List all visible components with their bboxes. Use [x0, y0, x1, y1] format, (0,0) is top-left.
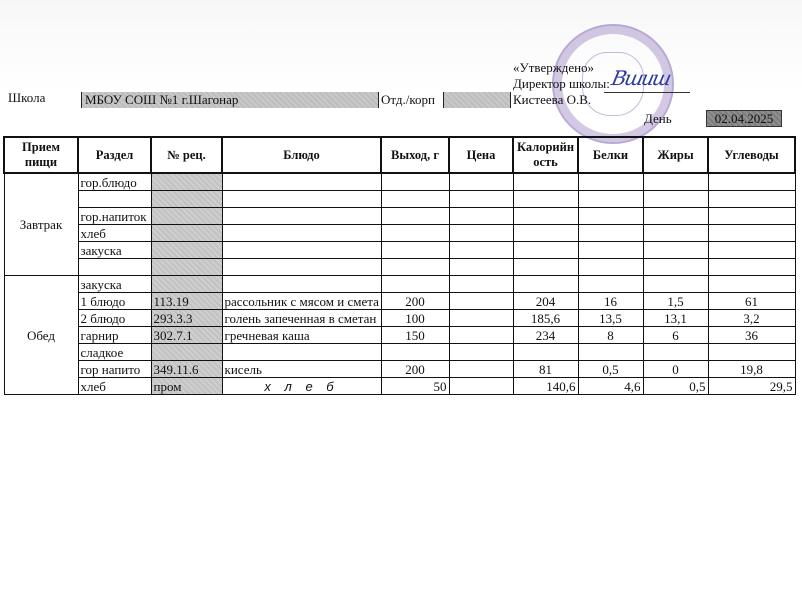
yield-cell[interactable]: 50	[381, 378, 449, 395]
kcal-cell[interactable]: 234	[513, 327, 578, 344]
recipe-cell[interactable]	[151, 225, 222, 242]
table-row: 2 блюдо293.3.3голень запеченная в сметан…	[4, 310, 795, 327]
fat-cell[interactable]: 13,1	[643, 310, 708, 327]
school-field[interactable]: МБОУ СОШ №1 г.Шагонар	[81, 92, 379, 108]
fat-cell[interactable]	[643, 276, 708, 293]
col-price: Цена	[449, 137, 513, 173]
recipe-cell[interactable]	[151, 276, 222, 293]
dish-cell[interactable]: х л е б	[222, 378, 381, 395]
dish-cell[interactable]: гречневая каша	[222, 327, 381, 344]
protein-cell[interactable]: 8	[578, 327, 643, 344]
protein-cell[interactable]	[578, 225, 643, 242]
col-dish: Блюдо	[222, 137, 381, 173]
dish-cell[interactable]: кисель	[222, 361, 381, 378]
recipe-cell[interactable]	[151, 259, 222, 276]
dish-cell[interactable]	[222, 173, 381, 191]
section-cell[interactable]	[78, 191, 151, 208]
yield-cell[interactable]	[381, 344, 449, 361]
day-label: День	[644, 111, 672, 127]
meal-cell: Завтрак	[4, 173, 78, 276]
fat-cell[interactable]	[643, 191, 708, 208]
fat-cell[interactable]: 0,5	[643, 378, 708, 395]
meal-cell: Обед	[4, 276, 78, 395]
section-cell[interactable]: хлеб	[78, 378, 151, 395]
kcal-cell[interactable]	[513, 225, 578, 242]
price-cell[interactable]	[449, 276, 513, 293]
section-cell[interactable]: гор.блюдо	[78, 173, 151, 191]
col-meal: Приемпищи	[4, 137, 78, 173]
col-protein: Белки	[578, 137, 643, 173]
kcal-cell[interactable]: 204	[513, 293, 578, 310]
fat-cell[interactable]	[643, 208, 708, 225]
carbs-cell[interactable]	[708, 225, 795, 242]
table-row: 1 блюдо113.19рассольник с мясом и смета2…	[4, 293, 795, 310]
dish-cell[interactable]: рассольник с мясом и смета	[222, 293, 381, 310]
recipe-cell[interactable]	[151, 191, 222, 208]
yield-cell[interactable]	[381, 276, 449, 293]
breakfast-section: Завтракгор.блюдогор.напитокхлебзакуска	[4, 173, 795, 276]
yield-cell[interactable]	[381, 173, 449, 191]
price-cell[interactable]	[449, 344, 513, 361]
protein-cell[interactable]: 4,6	[578, 378, 643, 395]
kcal-cell[interactable]: 81	[513, 361, 578, 378]
table-row	[4, 191, 795, 208]
protein-cell[interactable]	[578, 276, 643, 293]
col-yield: Выход, г	[381, 137, 449, 173]
carbs-cell[interactable]: 61	[708, 293, 795, 310]
kcal-cell[interactable]	[513, 344, 578, 361]
dish-cell[interactable]	[222, 242, 381, 259]
col-section: Раздел	[78, 137, 151, 173]
kcal-cell[interactable]	[513, 259, 578, 276]
yield-cell[interactable]	[381, 259, 449, 276]
yield-cell[interactable]: 200	[381, 361, 449, 378]
kcal-cell[interactable]: 185,6	[513, 310, 578, 327]
kcal-cell[interactable]	[513, 191, 578, 208]
protein-cell[interactable]: 16	[578, 293, 643, 310]
protein-cell[interactable]: 0,5	[578, 361, 643, 378]
price-cell[interactable]	[449, 173, 513, 191]
protein-cell[interactable]	[578, 191, 643, 208]
price-cell[interactable]	[449, 225, 513, 242]
yield-cell[interactable]	[381, 225, 449, 242]
recipe-cell[interactable]	[151, 208, 222, 225]
section-cell[interactable]: 1 блюдо	[78, 293, 151, 310]
yield-cell[interactable]	[381, 208, 449, 225]
yield-cell[interactable]: 200	[381, 293, 449, 310]
recipe-cell[interactable]: 349.11.6	[151, 361, 222, 378]
school-label: Школа	[8, 90, 45, 106]
table-row: гарнир302.7.1гречневая каша1502348636	[4, 327, 795, 344]
col-carbs: Углеводы	[708, 137, 795, 173]
carbs-cell[interactable]: 3,2	[708, 310, 795, 327]
price-cell[interactable]	[449, 361, 513, 378]
price-cell[interactable]	[449, 378, 513, 395]
fat-cell[interactable]	[643, 225, 708, 242]
price-cell[interactable]	[449, 208, 513, 225]
kcal-cell[interactable]	[513, 276, 578, 293]
yield-cell[interactable]: 100	[381, 310, 449, 327]
dish-cell[interactable]	[222, 276, 381, 293]
director-signature: Вшиш	[609, 66, 692, 90]
director-label: Директор школы:	[513, 76, 610, 92]
carbs-cell[interactable]	[708, 276, 795, 293]
dish-cell[interactable]	[222, 259, 381, 276]
table-row: хлебпромх л е б50140,64,60,529,5	[4, 378, 795, 395]
table-row: закуска	[4, 242, 795, 259]
recipe-cell[interactable]: пром	[151, 378, 222, 395]
fat-cell[interactable]: 6	[643, 327, 708, 344]
kcal-cell[interactable]	[513, 173, 578, 191]
col-recipe: № рец.	[151, 137, 222, 173]
yield-cell[interactable]: 150	[381, 327, 449, 344]
price-cell[interactable]	[449, 327, 513, 344]
section-cell[interactable]: хлеб	[78, 225, 151, 242]
dish-cell[interactable]	[222, 208, 381, 225]
fat-cell[interactable]	[643, 259, 708, 276]
dept-label: Отд./корп	[381, 92, 435, 108]
recipe-cell[interactable]	[151, 242, 222, 259]
fat-cell[interactable]	[643, 173, 708, 191]
price-cell[interactable]	[449, 191, 513, 208]
table-row: сладкое	[4, 344, 795, 361]
carbs-cell[interactable]	[708, 344, 795, 361]
yield-cell[interactable]	[381, 242, 449, 259]
carbs-cell[interactable]	[708, 173, 795, 191]
table-row: гор напито349.11.6кисель200810,5019,8	[4, 361, 795, 378]
carbs-cell[interactable]	[708, 259, 795, 276]
carbs-cell[interactable]: 29,5	[708, 378, 795, 395]
carbs-cell[interactable]: 36	[708, 327, 795, 344]
section-cell[interactable]: закуска	[78, 242, 151, 259]
table-row: хлеб	[4, 225, 795, 242]
fat-cell[interactable]	[643, 344, 708, 361]
price-cell[interactable]	[449, 310, 513, 327]
table-header-row: Приемпищи Раздел № рец. Блюдо Выход, г Ц…	[4, 137, 795, 173]
kcal-cell[interactable]	[513, 242, 578, 259]
section-cell[interactable]: гарнир	[78, 327, 151, 344]
section-cell[interactable]: гор напито	[78, 361, 151, 378]
recipe-cell[interactable]: 302.7.1	[151, 327, 222, 344]
fat-cell[interactable]: 1,5	[643, 293, 708, 310]
director-name: Кистеева О.В.	[513, 92, 591, 108]
approved-label: «Утверждено»	[513, 60, 594, 76]
price-cell[interactable]	[449, 242, 513, 259]
signature-line	[604, 92, 690, 93]
protein-cell[interactable]	[578, 208, 643, 225]
section-cell[interactable]	[78, 259, 151, 276]
yield-cell[interactable]	[381, 191, 449, 208]
table-row: Завтракгор.блюдо	[4, 173, 795, 191]
protein-cell[interactable]	[578, 173, 643, 191]
protein-cell[interactable]	[578, 242, 643, 259]
carbs-cell[interactable]	[708, 242, 795, 259]
fat-cell[interactable]	[643, 242, 708, 259]
carbs-cell[interactable]	[708, 191, 795, 208]
table-row	[4, 259, 795, 276]
price-cell[interactable]	[449, 293, 513, 310]
table-row: гор.напиток	[4, 208, 795, 225]
protein-cell[interactable]: 13,5	[578, 310, 643, 327]
section-cell[interactable]: гор.напиток	[78, 208, 151, 225]
kcal-cell[interactable]	[513, 208, 578, 225]
menu-table: Приемпищи Раздел № рец. Блюдо Выход, г Ц…	[3, 136, 796, 395]
recipe-cell[interactable]: 293.3.3	[151, 310, 222, 327]
section-cell[interactable]: сладкое	[78, 344, 151, 361]
section-cell[interactable]: 2 блюдо	[78, 310, 151, 327]
price-cell[interactable]	[449, 259, 513, 276]
kcal-cell[interactable]: 140,6	[513, 378, 578, 395]
recipe-cell[interactable]	[151, 344, 222, 361]
fat-cell[interactable]: 0	[643, 361, 708, 378]
recipe-cell[interactable]: 113.19	[151, 293, 222, 310]
carbs-cell[interactable]: 19,8	[708, 361, 795, 378]
section-cell[interactable]: закуска	[78, 276, 151, 293]
protein-cell[interactable]	[578, 344, 643, 361]
protein-cell[interactable]	[578, 259, 643, 276]
dept-field[interactable]	[443, 92, 511, 108]
carbs-cell[interactable]	[708, 208, 795, 225]
col-calories: Калорийность	[513, 137, 578, 173]
dish-cell[interactable]	[222, 191, 381, 208]
col-fat: Жиры	[643, 137, 708, 173]
dish-cell[interactable]: голень запеченная в сметан	[222, 310, 381, 327]
lunch-section: Обедзакуска1 блюдо113.19рассольник с мяс…	[4, 276, 795, 395]
recipe-cell[interactable]	[151, 173, 222, 191]
dish-cell[interactable]	[222, 344, 381, 361]
table-row: Обедзакуска	[4, 276, 795, 293]
date-field[interactable]: 02.04.2025	[706, 110, 782, 127]
dish-cell[interactable]	[222, 225, 381, 242]
